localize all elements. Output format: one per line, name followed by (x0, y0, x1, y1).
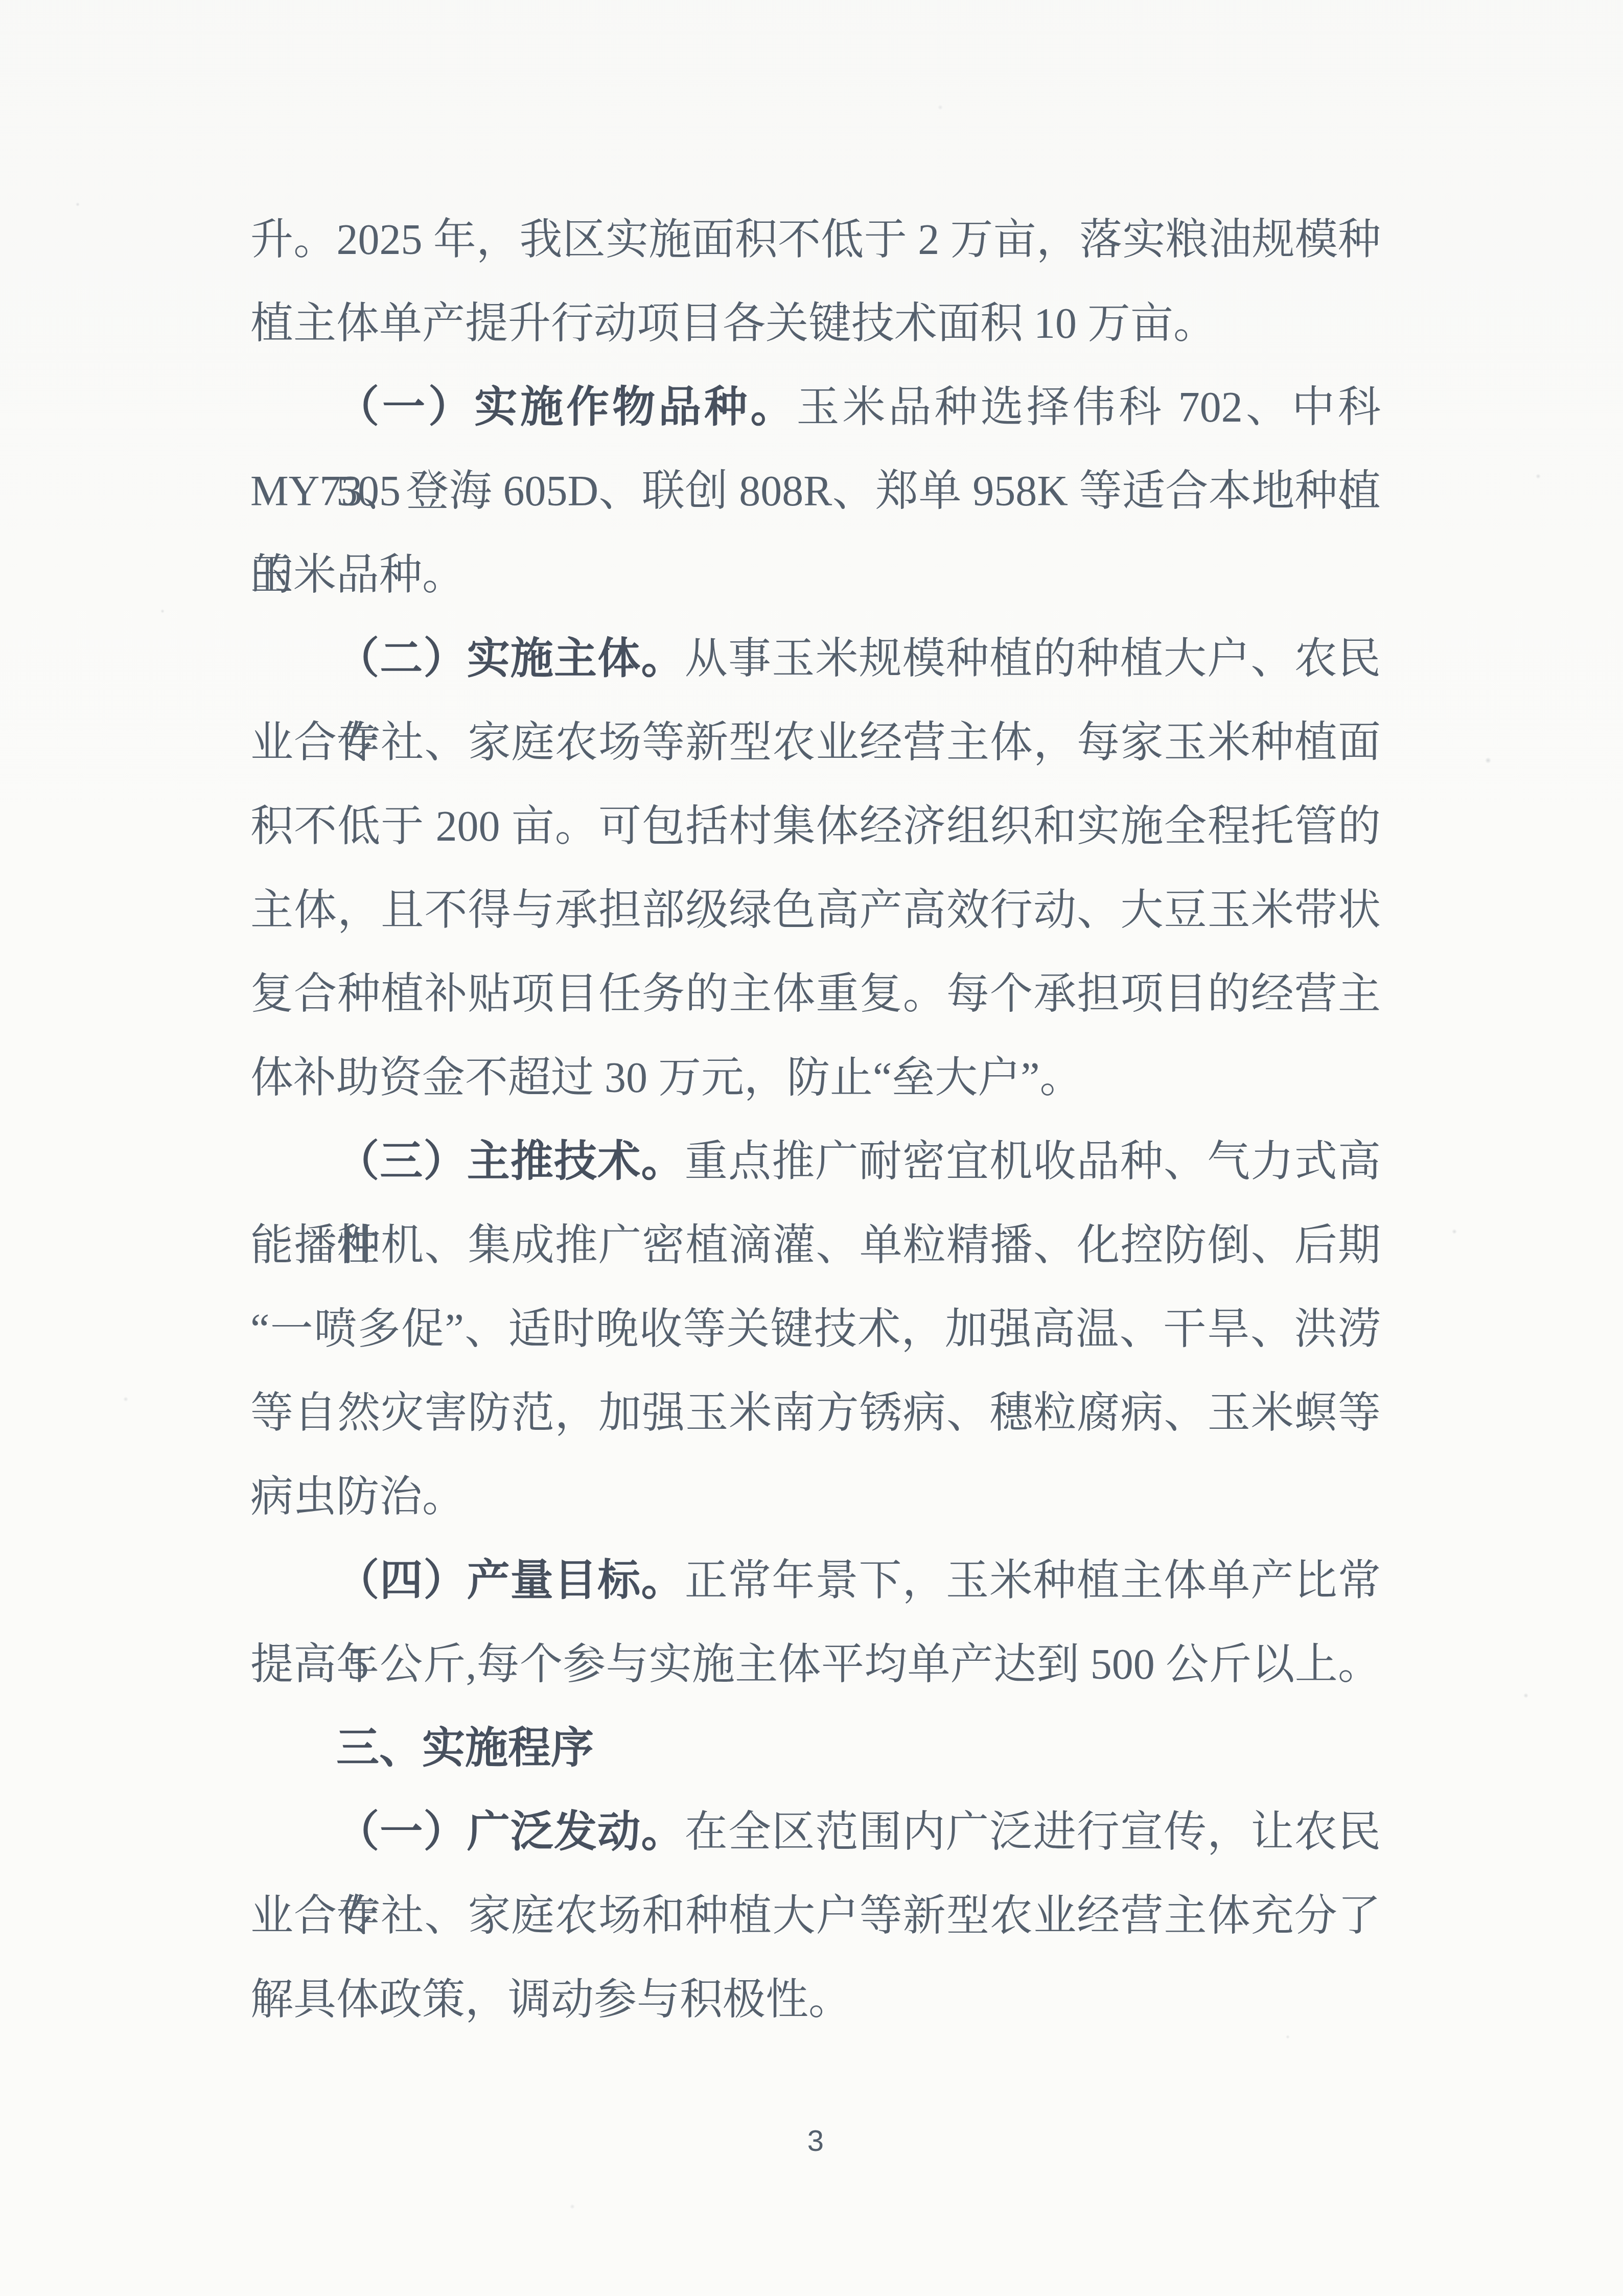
paragraph-label: （一）广泛发动。 (336, 1808, 685, 1856)
line-text: 病虫防治。 (250, 1473, 465, 1521)
text-line: （一）实施作物品种。玉米品种选择伟科 702、中科 505、 (250, 366, 1381, 450)
text-line: 能播种机、集成推广密植滴灌、单粒精播、化控防倒、后期 (250, 1204, 1381, 1288)
text-line: 复合种植补贴项目任务的主体重复。每个承担项目的经营主 (250, 953, 1381, 1036)
paragraph-label: （一）实施作物品种。 (336, 384, 796, 431)
line-text: 主体，且不得与承担部级绿色高产高效行动、大豆玉米带状 (250, 887, 1381, 934)
line-text: 能播种机、集成推广密植滴灌、单粒精播、化控防倒、后期 (250, 1222, 1381, 1269)
line-text: 业合作社、家庭农场和种植大户等新型农业经营主体充分了 (250, 1892, 1381, 1940)
page-number: 3 (250, 2109, 1381, 2173)
text-line: 业合作社、家庭农场和种植大户等新型农业经营主体充分了 (250, 1874, 1381, 1958)
line-text: 体补助资金不超过 30 万元，防止“垒大户”。 (250, 1054, 1083, 1102)
text-line: 体补助资金不超过 30 万元，防止“垒大户”。 (250, 1036, 1381, 1120)
text-line: （二）实施主体。从事玉米规模种植的种植大户、农民专 (250, 617, 1381, 701)
text-line: 积不低于 200 亩。可包括村集体经济组织和实施全程托管的 (250, 785, 1381, 869)
text-line: 主体，且不得与承担部级绿色高产高效行动、大豆玉米带状 (250, 869, 1381, 953)
text-line: 植主体单产提升行动项目各关键技术面积 10 万亩。 (250, 282, 1381, 366)
text-line: 解具体政策，调动参与积极性。 (250, 1958, 1381, 2042)
text-line: “一喷多促”、适时晚收等关键技术，加强高温、干旱、洪涝 (250, 1288, 1381, 1372)
line-text: 积不低于 200 亩。可包括村集体经济组织和实施全程托管的 (250, 803, 1381, 850)
text-line: 病虫防治。 (250, 1455, 1381, 1539)
line-text: 升。2025 年，我区实施面积不低于 2 万亩，落实粮油规模种 (250, 216, 1381, 264)
line-text: 提高 5 公斤,每个参与实施主体平均单产达到 500 公斤以上。 (250, 1641, 1381, 1688)
section-heading: 三、实施程序 (250, 1707, 1381, 1791)
paragraph-label: （二）实施主体。 (336, 635, 685, 683)
text-line: MY73、登海 605D、联创 808R、郑单 958K 等适合本地种植的 (250, 450, 1381, 534)
text-block: 升。2025 年，我区实施面积不低于 2 万亩，落实粮油规模种植主体单产提升行动… (250, 198, 1381, 2042)
section-heading-label: 三、实施程序 (336, 1725, 594, 1772)
line-text: 解具体政策，调动参与积极性。 (250, 1976, 851, 2024)
line-text: 等自然灾害防范，加强玉米南方锈病、穗粒腐病、玉米螟等 (250, 1389, 1381, 1437)
text-line: 玉米品种。 (250, 534, 1381, 617)
text-line: 等自然灾害防范，加强玉米南方锈病、穗粒腐病、玉米螟等 (250, 1372, 1381, 1455)
line-text: 业合作社、家庭农场等新型农业经营主体，每家玉米种植面 (250, 719, 1381, 767)
text-line: 业合作社、家庭农场等新型农业经营主体，每家玉米种植面 (250, 701, 1381, 785)
line-text: “一喷多促”、适时晚收等关键技术，加强高温、干旱、洪涝 (250, 1306, 1381, 1353)
line-text: 复合种植补贴项目任务的主体重复。每个承担项目的经营主 (250, 970, 1381, 1018)
line-text: 植主体单产提升行动项目各关键技术面积 10 万亩。 (250, 300, 1216, 347)
paragraph-label: （三）主推技术。 (336, 1138, 685, 1186)
text-line: （四）产量目标。正常年景下，玉米种植主体单产比常年 (250, 1539, 1381, 1623)
document-page: 升。2025 年，我区实施面积不低于 2 万亩，落实粮油规模种植主体单产提升行动… (0, 0, 1623, 2296)
paragraph-label: （四）产量目标。 (336, 1557, 685, 1605)
text-line: 提高 5 公斤,每个参与实施主体平均单产达到 500 公斤以上。 (250, 1623, 1381, 1707)
text-line: （三）主推技术。重点推广耐密宜机收品种、气力式高性 (250, 1120, 1381, 1204)
text-line: （一）广泛发动。在全区范围内广泛进行宣传，让农民专 (250, 1791, 1381, 1874)
text-line: 升。2025 年，我区实施面积不低于 2 万亩，落实粮油规模种 (250, 198, 1381, 282)
line-text: 玉米品种。 (250, 551, 465, 599)
